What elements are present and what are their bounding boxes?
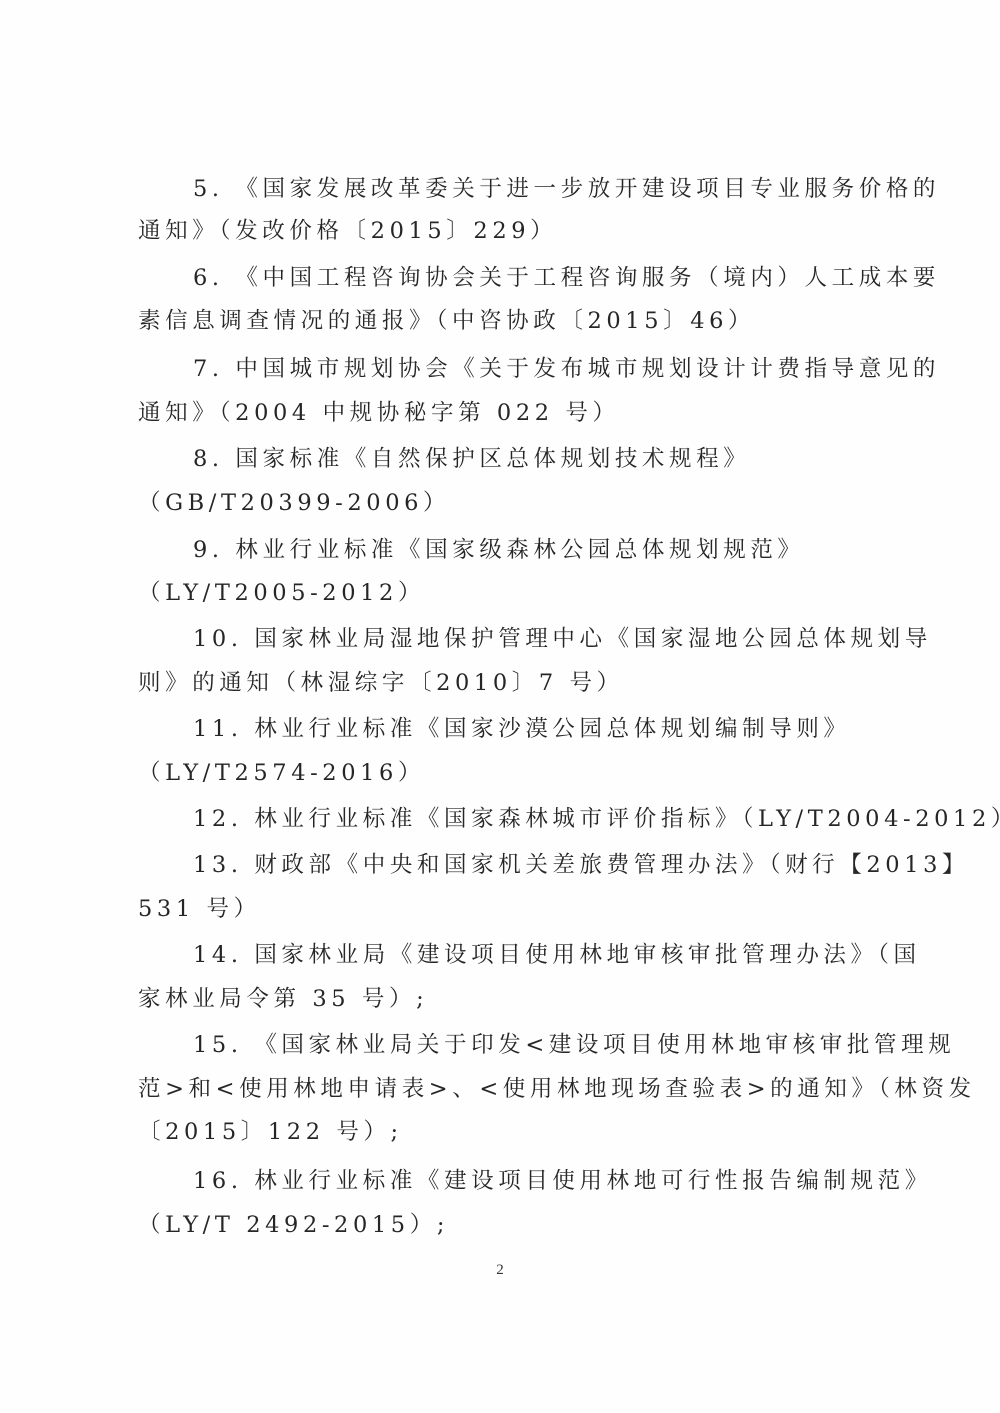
list-item-8-line-1: 8. 国家标准《自然保护区总体规划技术规程》	[193, 444, 750, 474]
list-item-7-line-1: 7. 中国城市规划协会《关于发布城市规划设计计费指导意见的	[193, 354, 940, 384]
list-item-13-line-2: 531 号）	[138, 894, 261, 924]
list-item-5-line-2: 通知》（发改价格〔2015〕229）	[138, 216, 557, 246]
list-item-16-line-2: （LY/T 2492-2015）;	[138, 1210, 449, 1240]
list-item-15-line-3: 〔2015〕122 号）;	[138, 1117, 403, 1147]
document-page: 5. 《国家发展改革委关于进一步放开建设项目专业服务价格的 通知》（发改价格〔2…	[0, 0, 1000, 1413]
list-item-8-line-2: （GB/T20399-2006）	[138, 488, 450, 518]
list-item-14-line-1: 14. 国家林业局《建设项目使用林地审核审批管理办法》（国	[193, 940, 921, 970]
list-item-13-line-1: 13. 财政部《中央和国家机关差旅费管理办法》（财行【2013】	[193, 850, 969, 880]
list-item-12-line-1: 12. 林业行业标准《国家森林城市评价指标》（LY/T2004-2012）	[193, 804, 1000, 834]
list-item-5-line-1: 5. 《国家发展改革委关于进一步放开建设项目专业服务价格的	[193, 174, 940, 204]
list-item-9-line-2: （LY/T2005-2012）	[138, 578, 425, 608]
list-item-7-line-2: 通知》（2004 中规协秘字第 022 号）	[138, 398, 620, 428]
list-item-15-line-1: 15. 《国家林业局关于印发<建设项目使用林地审核审批管理规	[193, 1030, 955, 1060]
list-item-9-line-1: 9. 林业行业标准《国家级森林公园总体规划规范》	[193, 535, 805, 565]
list-item-10-line-2: 则》的通知（林湿综字〔2010〕7 号）	[138, 668, 624, 698]
list-item-11-line-2: （LY/T2574-2016）	[138, 758, 425, 788]
list-item-6-line-1: 6. 《中国工程咨询协会关于工程咨询服务（境内）人工成本要	[193, 263, 940, 293]
list-item-15-line-2: 范>和<使用林地申请表>、<使用林地现场查验表>的通知》（林资发	[138, 1074, 976, 1104]
list-item-10-line-1: 10. 国家林业局湿地保护管理中心《国家湿地公园总体规划导	[193, 624, 932, 654]
list-item-6-line-2: 素信息调查情况的通报》（中咨协政〔2015〕46）	[138, 306, 755, 336]
list-item-16-line-1: 16. 林业行业标准《建设项目使用林地可行性报告编制规范》	[193, 1166, 932, 1196]
page-number: 2	[0, 1262, 1000, 1279]
list-item-11-line-1: 11. 林业行业标准《国家沙漠公园总体规划编制导则》	[193, 714, 851, 744]
list-item-14-line-2: 家林业局令第 35 号）;	[138, 984, 428, 1014]
